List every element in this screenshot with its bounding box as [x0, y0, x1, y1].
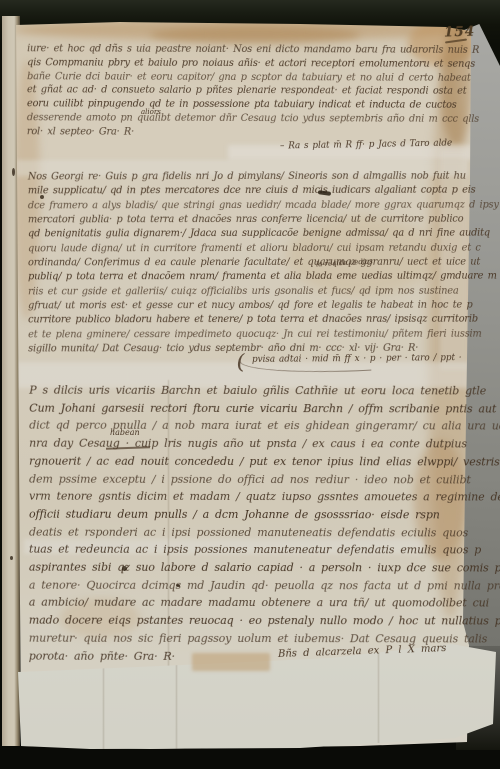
manuscript-line: et te plena gminere/ cessare impedimeto … — [28, 327, 466, 342]
stain — [150, 26, 360, 44]
entry-3-text: P s dilcis uris vicariis Barchn et baiul… — [29, 382, 467, 666]
manuscript-line: a ambicio/ mudare ac madare madamu obten… — [29, 594, 467, 612]
ink-blot — [176, 584, 180, 587]
manuscript-line: aspirantes sibi qz suo labore d salario … — [29, 559, 467, 577]
manuscript-line: bañe Curie dci bauir· et eoru capitor/ g… — [27, 70, 463, 85]
ink-blot — [122, 566, 127, 571]
entry-1-interlinear: aliors — [141, 108, 161, 116]
manuscript-line: mercatori gublia· p tota terra et dnacõe… — [28, 213, 466, 228]
manuscript-line: qd benignitatis gulia dignarem·/ Jdaca s… — [28, 227, 466, 242]
folio-number: 154 — [444, 23, 476, 40]
manuscript-line: qis Compmaniu pbry et baiulo pro noiaus … — [27, 56, 463, 71]
manuscript-line: dict qd perco pnulla / a nob mara iurat … — [29, 417, 467, 435]
manuscript-line: et gñat ac ad· d consueto salario p pñte… — [27, 84, 463, 99]
manuscript-line: rgnouerit / ac ead nouit concededu / put… — [29, 452, 467, 470]
ink-blot — [40, 195, 44, 199]
manuscript-line: nra day Cesaug · cuip lris nugis año ut … — [29, 435, 467, 453]
margin-mark — [10, 556, 13, 560]
manuscript-line: curritore publico bladoru habere et tene… — [28, 313, 466, 328]
manuscript-line: P s dilcis uris vicariis Barchn et baiul… — [29, 382, 467, 400]
entry-1-text: iure· et hoc qd dñs s uia peastre noiant… — [27, 42, 463, 140]
manuscript-line: dce framero a alys bladis/ que stringi g… — [28, 198, 466, 213]
manuscript-line: mado docere eiqs pstantes reuocaq · eo p… — [29, 612, 467, 630]
manuscript-line: officii studiaru deum pnulls / a dcm Joh… — [29, 506, 467, 524]
manuscript-line: quoru laude digna/ ut in curritore frame… — [28, 241, 466, 256]
entry-2-bracket-note: pvisa adtai · mid m̄ ff x · p · per · ta… — [252, 353, 462, 365]
manuscript-line: dem pssime exceptu / i pssione do offici… — [29, 470, 467, 488]
manuscript-line: deatis et rsponderi ac i ipsi possioned … — [29, 523, 467, 541]
entry-2-text: Nos Georgi re· Guis p gra fidelis nri Jo… — [28, 170, 466, 357]
manuscript-line: Nos Georgi re· Guis p gra fidelis nri Jo… — [28, 170, 466, 185]
manuscript-line: gfruat/ ut moris est· et gesse cur et nu… — [28, 299, 466, 314]
manuscript-line: desserende amoto pn qualibt detemor dñr … — [27, 111, 463, 126]
manuscript-line: riis et cur gside et galleriis/ cuiqz of… — [28, 284, 466, 299]
manuscript-line: rol· xl septeo· Gra· R· — [27, 125, 463, 140]
manuscript-line: a tenore· Quocirca dcimqs md Jaudin qd· … — [29, 576, 467, 594]
manuscript-photo: 154 iure· et hoc qd dñs s uia peastre no… — [0, 0, 500, 769]
entry-3-interlinear: habean — [110, 428, 140, 437]
manuscript-line: ordinanda/ Conferimus d ea caule plenari… — [28, 256, 466, 271]
manuscript-line: vrm tenore gsntis dicim et madam / quatz… — [29, 488, 467, 506]
manuscript-line: publiq/ p tota terra et dnacõem nram/ fr… — [28, 270, 466, 285]
manuscript-line: eoru cuilibt pinpugendo qd te in possess… — [27, 97, 463, 112]
manuscript-line: mile supplicatu/ qd in ptes mercatores d… — [28, 184, 466, 199]
manuscript-line: iure· et hoc qd dñs s uia peastre noiant… — [27, 42, 463, 57]
margin-mark — [12, 168, 15, 176]
manuscript-line: Cum Johani garsesii rectori ftoru curie … — [29, 399, 467, 417]
manuscript-line: tuas et redeuncia ac i ipsis possiones m… — [29, 541, 467, 559]
